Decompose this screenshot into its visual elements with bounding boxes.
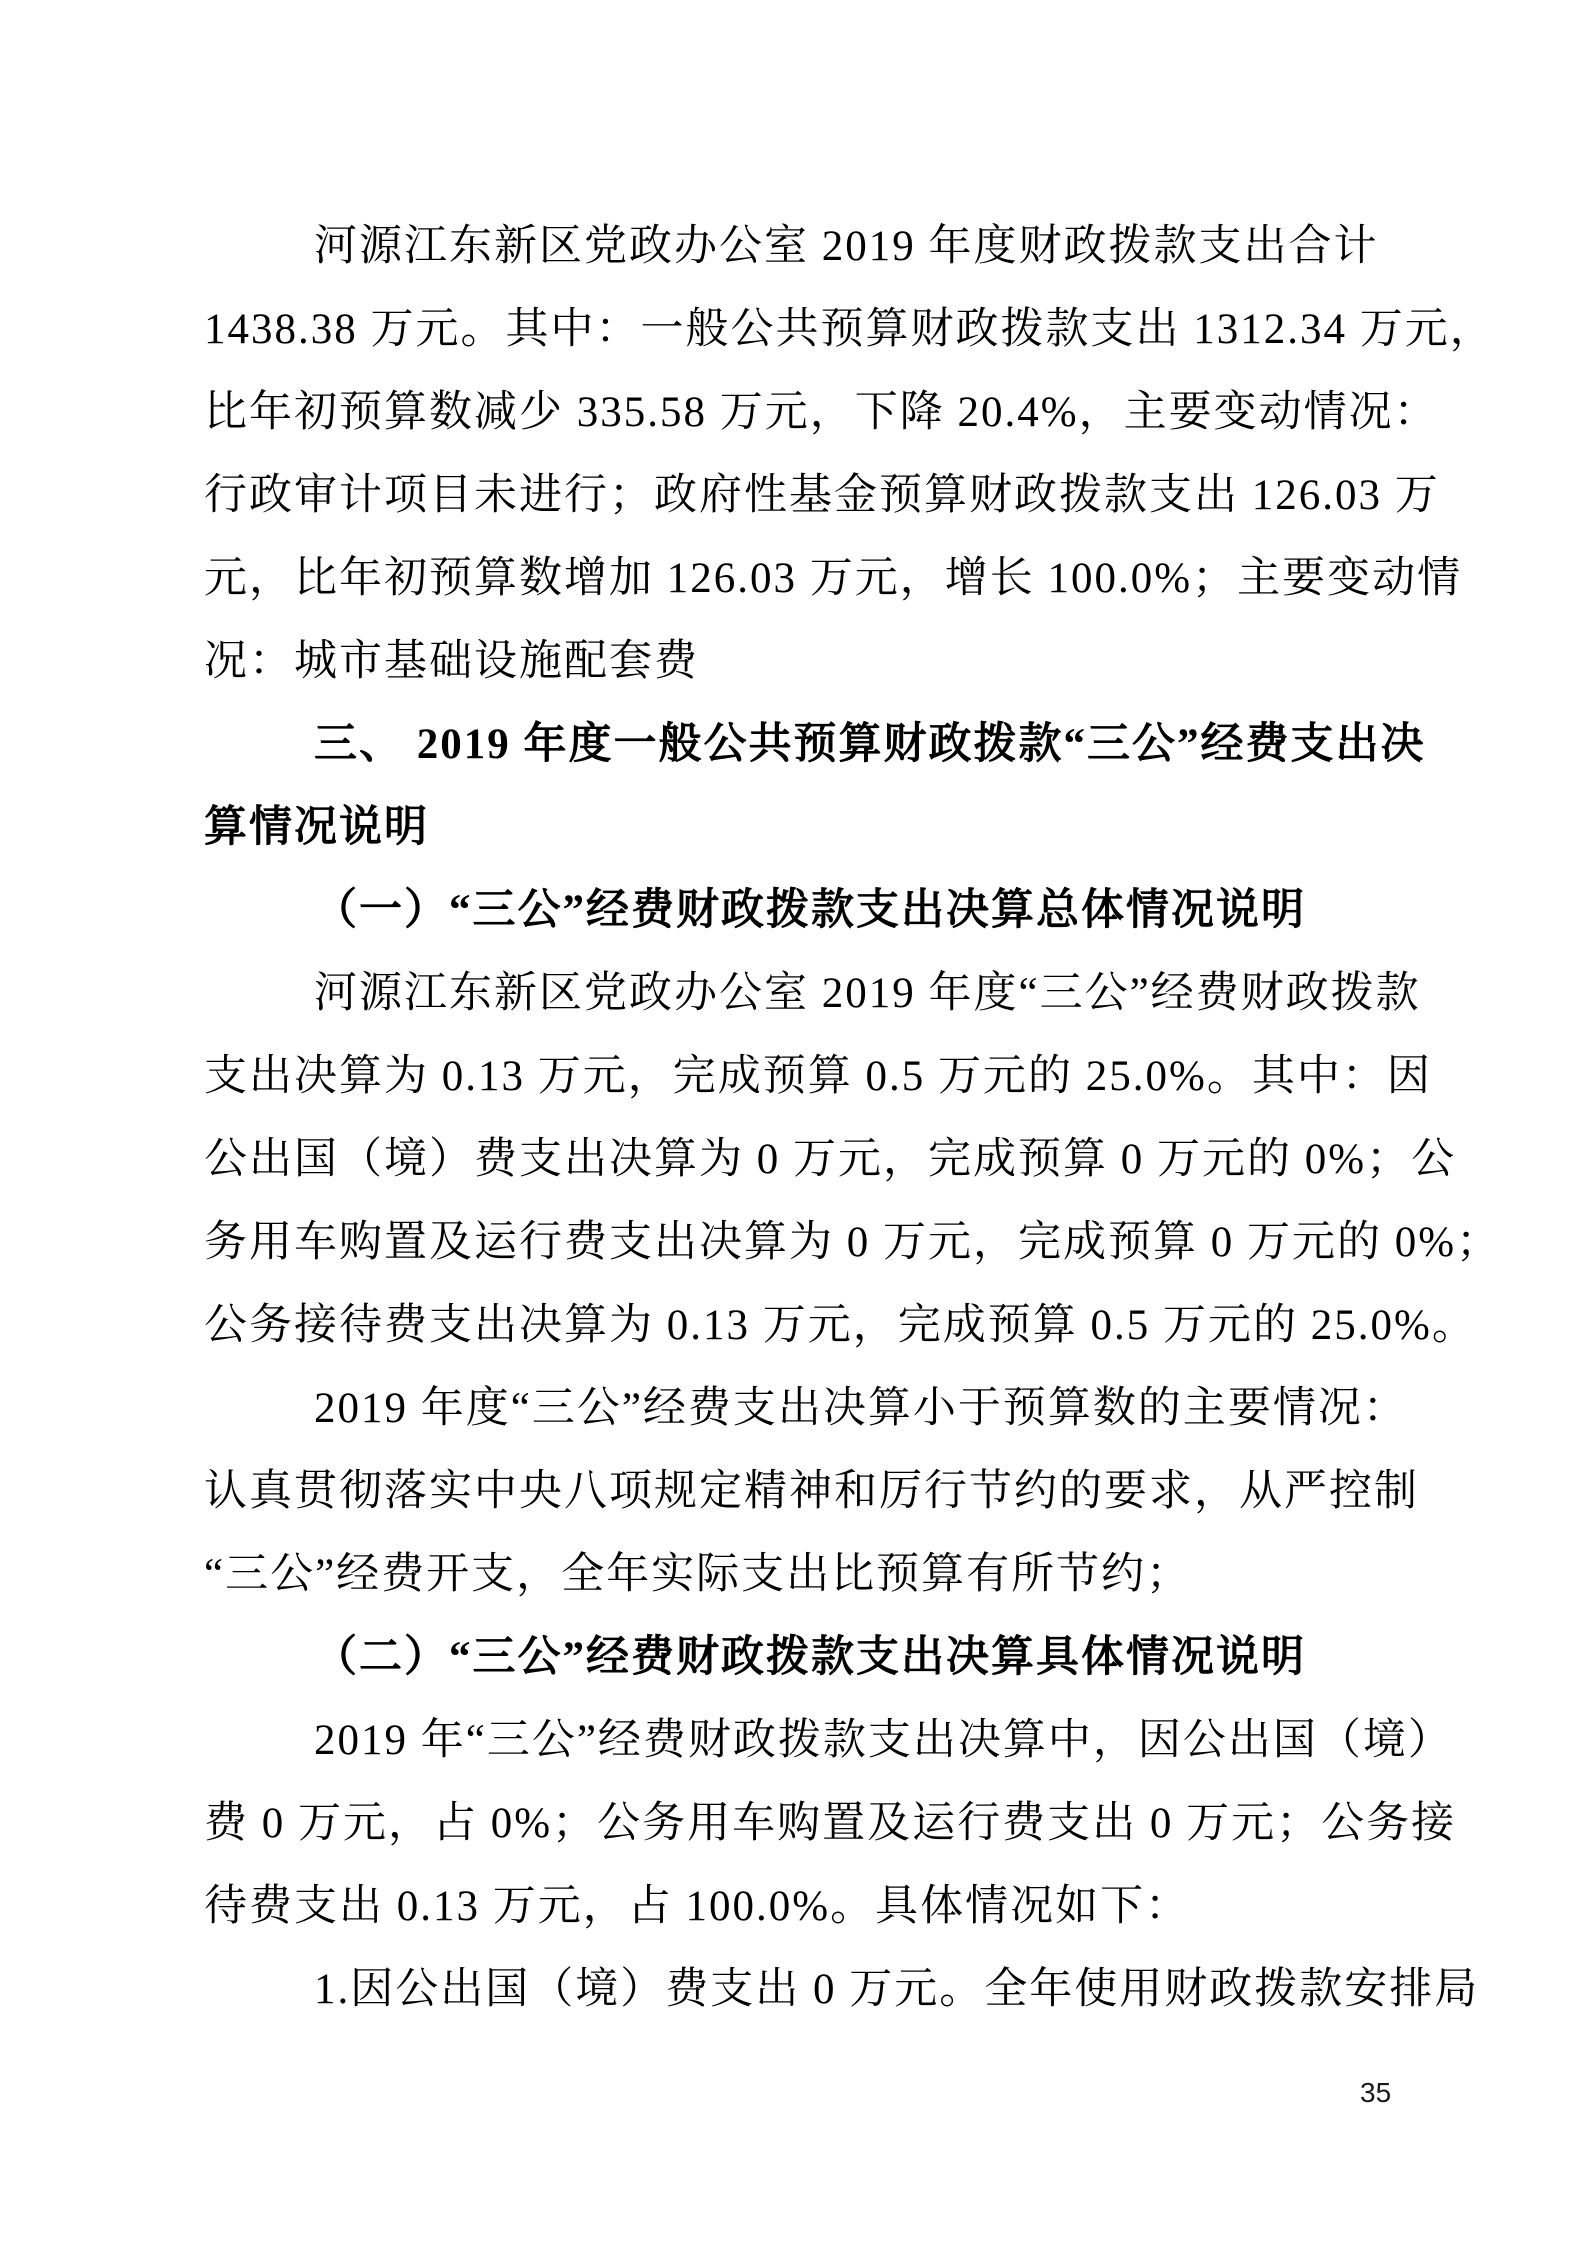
document-body: 河源江东新区党政办公室 2019 年度财政拨款支出合计 1438.38 万元。其…	[204, 205, 1449, 2031]
paragraph-line: 河源江东新区党政办公室 2019 年度“三公”经费财政拨款	[204, 952, 1449, 1035]
paragraph-line: 1438.38 万元。其中：一般公共预算财政拨款支出 1312.34 万元，	[204, 288, 1449, 371]
paragraph-line: 费 0 万元，占 0%；公务用车购置及运行费支出 0 万元；公务接	[204, 1782, 1449, 1865]
paragraph-line: 行政审计项目未进行；政府性基金预算财政拨款支出 126.03 万	[204, 454, 1449, 537]
paragraph-line: 公出国（境）费支出决算为 0 万元，完成预算 0 万元的 0%；公	[204, 1118, 1449, 1201]
paragraph-line: 务用车购置及运行费支出决算为 0 万元，完成预算 0 万元的 0%；	[204, 1201, 1449, 1284]
paragraph-line: 支出决算为 0.13 万元，完成预算 0.5 万元的 25.0%。其中：因	[204, 1035, 1449, 1118]
paragraph-line: 比年初预算数减少 335.58 万元，下降 20.4%，主要变动情况：	[204, 371, 1449, 454]
subsection-heading-line: （二）“三公”经费财政拨款支出决算具体情况说明	[204, 1616, 1449, 1699]
paragraph-line: 公务接待费支出决算为 0.13 万元，完成预算 0.5 万元的 25.0%。	[204, 1284, 1449, 1367]
section-heading-line: 算情况说明	[204, 786, 1449, 869]
section-heading-line: 三、 2019 年度一般公共预算财政拨款“三公”经费支出决	[204, 703, 1449, 786]
subsection-heading-line: （一）“三公”经费财政拨款支出决算总体情况说明	[204, 869, 1449, 952]
page-number: 35	[1360, 2078, 1391, 2108]
paragraph-line: 元，比年初预算数增加 126.03 万元，增长 100.0%；主要变动情	[204, 537, 1449, 620]
paragraph-line: 况：城市基础设施配套费	[204, 620, 1449, 703]
paragraph-line: 认真贯彻落实中央八项规定精神和厉行节约的要求，从严控制	[204, 1450, 1449, 1533]
paragraph-line: “三公”经费开支，全年实际支出比预算有所节约；	[204, 1533, 1449, 1616]
paragraph-line: 1.因公出国（境）费支出 0 万元。全年使用财政拨款安排局	[204, 1948, 1449, 2031]
paragraph-line: 2019 年度“三公”经费支出决算小于预算数的主要情况：	[204, 1367, 1449, 1450]
paragraph-line: 河源江东新区党政办公室 2019 年度财政拨款支出合计	[204, 205, 1449, 288]
document-page: 河源江东新区党政办公室 2019 年度财政拨款支出合计 1438.38 万元。其…	[0, 0, 1587, 2245]
paragraph-line: 2019 年“三公”经费财政拨款支出决算中，因公出国（境）	[204, 1699, 1449, 1782]
paragraph-line: 待费支出 0.13 万元，占 100.0%。具体情况如下：	[204, 1865, 1449, 1948]
